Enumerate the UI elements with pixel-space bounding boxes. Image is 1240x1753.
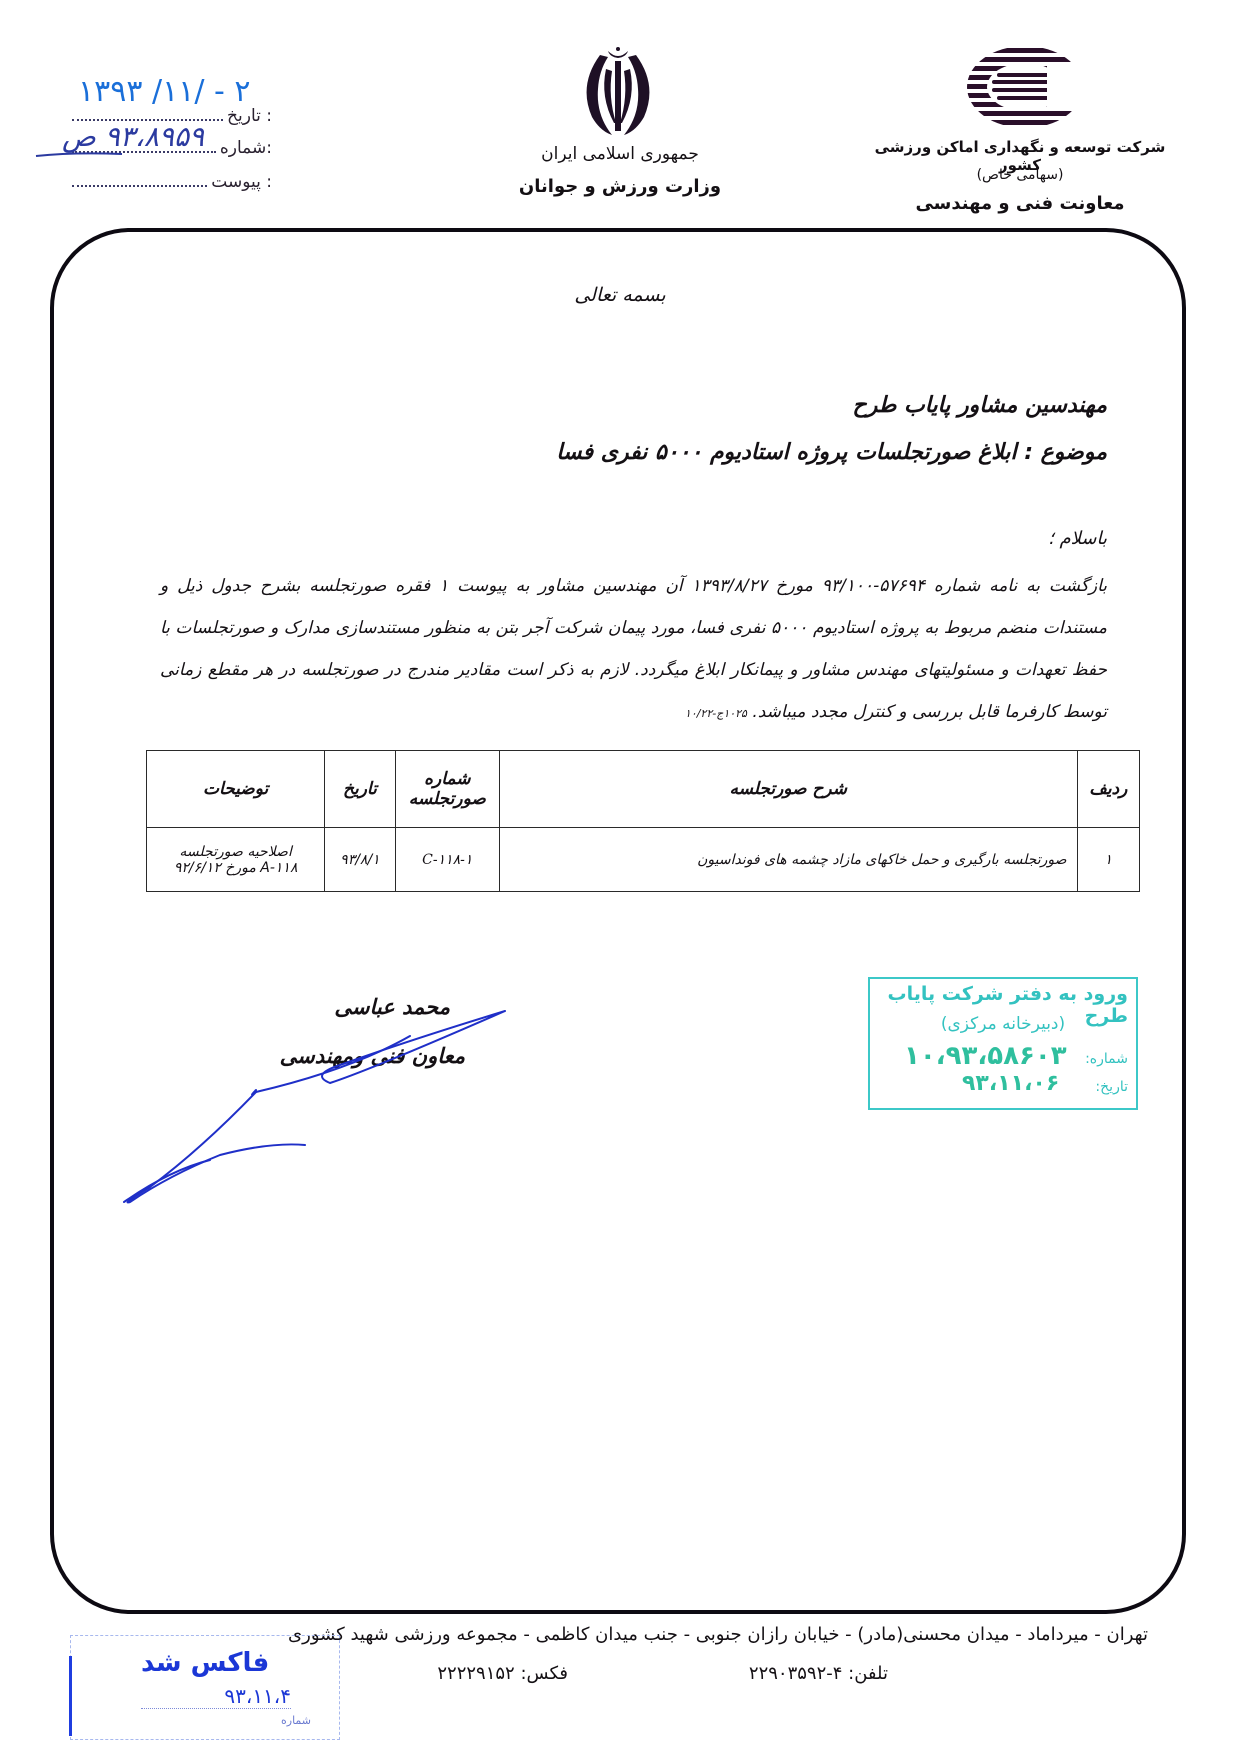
stamp-number-value: ۱۰،۹۳،۵۸۶۰۳ (904, 1041, 1067, 1071)
notes-line-2: A-۱۱۸ مورخ ۹۲/۶/۱۲ (148, 860, 323, 876)
header-notes: توضیحات (147, 751, 325, 828)
company-logo-icon (965, 45, 1085, 130)
stamp-subtitle: (دبیرخانه مرکزی) (870, 1014, 1136, 1034)
number-label: شماره: (220, 138, 272, 158)
ministry-title: وزارت ورزش و جوانان (480, 176, 760, 197)
company-type: (سهامی خاص) (870, 167, 1170, 183)
pen-stroke-icon (34, 148, 124, 160)
attachment-field: پیوست : (72, 164, 272, 192)
minutes-table: ردیف شرح صورتجلسه شماره صورتجلسه تاریخ ت… (146, 750, 1140, 892)
table-row: ۱ صورتجلسه بارگیری و حمل خاکهای مازاد چش… (147, 828, 1140, 892)
signature-scribble-icon (110, 980, 530, 1210)
cell-description: صورتجلسه بارگیری و حمل خاکهای مازاد چشمه… (499, 828, 1077, 892)
attachment-label: پیوست : (211, 172, 272, 192)
subject-line: موضوع : ابلاغ صورتجلسات پروژه استادیوم ۵… (556, 440, 1107, 465)
footer-fax: فکس: ۲۲۲۲۹۱۵۲ (437, 1663, 568, 1684)
cell-row-number: ۱ (1077, 828, 1139, 892)
letter-frame (50, 228, 1186, 1614)
greeting: باسلام ؛ (1048, 528, 1107, 549)
republic-title: جمهوری اسلامی ایران (480, 144, 760, 164)
cell-date: ۹۳/۸/۱ (325, 828, 395, 892)
footer-address: تهران - میرداماد - میدان محسنی(مادر) - خ… (288, 1624, 1148, 1645)
letter-body-text: بازگشت به نامه شماره ۵۷۶۹۴-۹۳/۱۰۰ مورخ ۱… (160, 576, 1107, 722)
cell-minutes-number: C-۱۱۸-۱ (395, 828, 499, 892)
footer-phone: تلفن: ۴-۲۲۹۰۳۵۹۲ (749, 1663, 888, 1684)
header-date: تاریخ (325, 751, 395, 828)
notes-line-1: اصلاحیه صورتجلسه (148, 844, 323, 860)
stamp-date-label: تاریخ: (1095, 1079, 1128, 1095)
attachment-dots (72, 184, 207, 187)
header-row-number: ردیف (1077, 751, 1139, 828)
header-minutes-number: شماره صورتجلسه (395, 751, 499, 828)
fax-stamp-date: ۹۳،۱۱،۴ (141, 1684, 291, 1709)
minutes-number-value: C-۱۱۸-۱ (422, 852, 472, 868)
fax-sent-stamp: فاکس شد ۹۳،۱۱،۴ شماره (70, 1635, 340, 1740)
cell-notes: اصلاحیه صورتجلسه A-۱۱۸ مورخ ۹۲/۶/۱۲ (147, 828, 325, 892)
letter-body: بازگشت به نامه شماره ۵۷۶۹۴-۹۳/۱۰۰ مورخ ۱… (160, 565, 1107, 735)
basmala: بسمه تعالی (560, 284, 680, 306)
header-description: شرح صورتجلسه (499, 751, 1077, 828)
received-stamp: ورود به دفتر شرکت پایاب طرح (دبیرخانه مر… (868, 977, 1138, 1110)
iran-emblem-icon (570, 45, 666, 137)
stamp-edge (69, 1656, 72, 1736)
stamp-date-value: ۹۳،۱۱،۰۶ (962, 1071, 1059, 1096)
stamp-number-label: شماره: (1085, 1051, 1128, 1067)
addressee: مهندسین مشاور پایاب طرح (853, 393, 1107, 418)
fax-stamp-small-label: شماره (281, 1714, 311, 1727)
fax-stamp-label: فاکس شد (141, 1648, 269, 1678)
date-label: تاریخ : (227, 106, 272, 126)
letter-body-note: ۱۰۲۵ج-۱۰/۲۲ (685, 707, 747, 720)
table-header-row: ردیف شرح صورتجلسه شماره صورتجلسه تاریخ ت… (147, 751, 1140, 828)
department-title: معاونت فنی و مهندسی (870, 193, 1170, 214)
